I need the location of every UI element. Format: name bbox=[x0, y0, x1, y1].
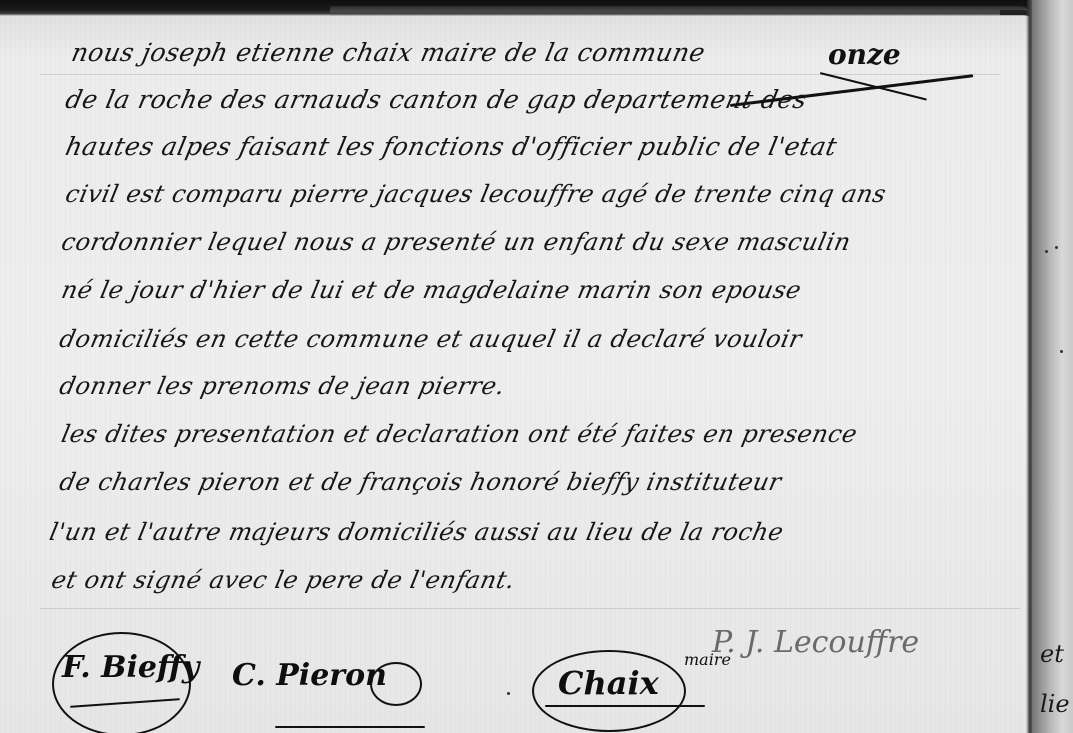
record-line-10: de charles pieron et de françois honoré … bbox=[57, 468, 784, 496]
signature-bieffy: F. Bieffy bbox=[62, 650, 199, 685]
ink-speck bbox=[1060, 350, 1063, 353]
record-line-7: domiciliés en cette commune et auquel il… bbox=[57, 325, 805, 353]
record-line-9: les dites presentation et declaration on… bbox=[59, 420, 860, 448]
ink-speck bbox=[1045, 250, 1048, 253]
manuscript-page: nous joseph etienne chaix maire de la co… bbox=[0, 0, 1073, 733]
signature-flourish bbox=[275, 726, 425, 728]
record-line-8: donner les prenoms de jean pierre. bbox=[57, 372, 508, 400]
record-line-6: né le jour d'hier de lui et de magdelain… bbox=[59, 276, 804, 304]
record-line-3: hautes alpes faisant les fonctions d'off… bbox=[63, 132, 840, 161]
record-number-onze: onze bbox=[828, 38, 901, 71]
record-line-11: l'un et l'autre majeurs domiciliés aussi… bbox=[47, 518, 786, 546]
record-line-2: de la roche des arnauds canton de gap de… bbox=[63, 85, 810, 114]
record-line-12: et ont signé avec le pere de l'enfant. bbox=[49, 566, 518, 594]
record-line-4: civil est comparu pierre jacques lecouff… bbox=[63, 180, 889, 208]
record-line-1: nous joseph etienne chaix maire de la co… bbox=[69, 38, 708, 67]
page-fold-edge bbox=[1030, 0, 1073, 733]
ink-speck bbox=[507, 692, 510, 695]
signature-lecouffre: P. J. Lecouffre bbox=[712, 625, 919, 660]
binding-edge-top bbox=[0, 0, 1073, 16]
signature-pieron: C. Pieron bbox=[232, 658, 387, 693]
signature-flourish bbox=[545, 705, 705, 707]
flourish-mark bbox=[820, 72, 927, 101]
record-line-5: cordonnier lequel nous a presenté un enf… bbox=[59, 228, 854, 256]
signature-loop bbox=[370, 662, 422, 706]
ruling-line bbox=[40, 74, 1000, 75]
signature-chaix: Chaix bbox=[558, 664, 659, 702]
ruling-line bbox=[40, 608, 1020, 609]
adjacent-page-text: lie bbox=[1040, 690, 1070, 718]
adjacent-page-text: et bbox=[1040, 640, 1064, 668]
ink-speck bbox=[1055, 246, 1058, 249]
